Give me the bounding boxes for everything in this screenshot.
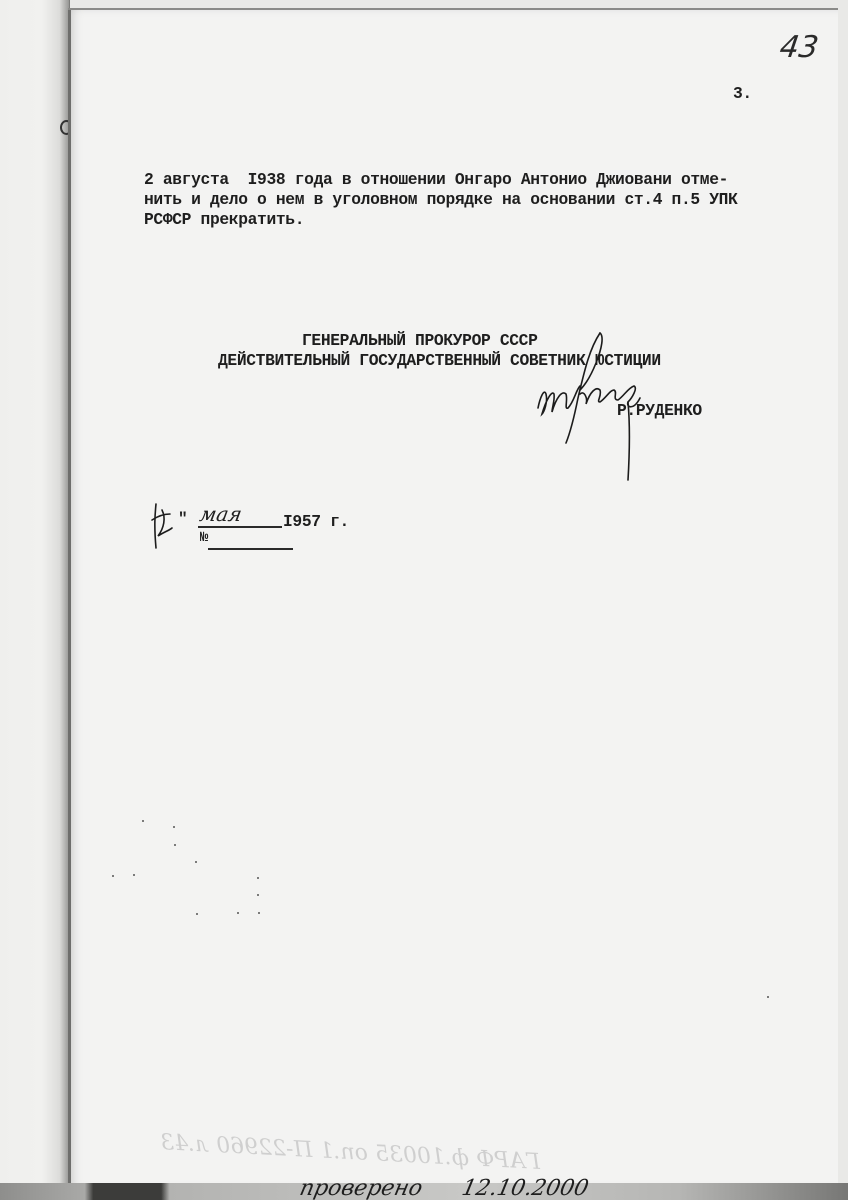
body-text: 2 августа I938 года в отношении Онгаро А… xyxy=(144,170,737,230)
speck xyxy=(142,820,144,822)
signature-icon xyxy=(530,328,660,488)
archive-sheet-number: 43 xyxy=(778,30,821,65)
body-line: нить и дело о нем в уголовном порядке на… xyxy=(144,190,737,210)
number-underline xyxy=(208,548,293,550)
speck xyxy=(257,877,259,879)
speck xyxy=(258,912,260,914)
day-handwritten-icon xyxy=(150,502,176,550)
verification-stamp: проверено12.10.2000 xyxy=(297,1176,590,1200)
speck xyxy=(195,861,197,863)
stamp-date: 12.10.2000 xyxy=(460,1176,591,1200)
stamp-label: проверено xyxy=(297,1176,424,1200)
number-label: № xyxy=(200,530,208,546)
speck xyxy=(257,894,259,896)
binding-edge xyxy=(0,0,70,1200)
speck xyxy=(112,875,114,877)
year-text: I957 г. xyxy=(283,512,349,532)
speck xyxy=(767,996,769,998)
date-line: " мая I957 г. № xyxy=(150,502,380,558)
speck xyxy=(174,844,176,846)
month-handwritten: мая xyxy=(198,502,244,526)
date-open-quote: " xyxy=(178,510,188,528)
speck xyxy=(173,826,175,828)
body-line: 2 августа I938 года в отношении Онгаро А… xyxy=(144,170,737,190)
month-underline xyxy=(198,526,282,528)
speck xyxy=(196,913,198,915)
page-number: 3. xyxy=(733,84,752,104)
speck xyxy=(237,912,239,914)
signatory-title-line-1: ГЕНЕРАЛЬНЫЙ ПРОКУРОР СССР xyxy=(302,331,538,351)
body-line: РСФСР прекратить. xyxy=(144,210,737,230)
speck xyxy=(133,874,135,876)
